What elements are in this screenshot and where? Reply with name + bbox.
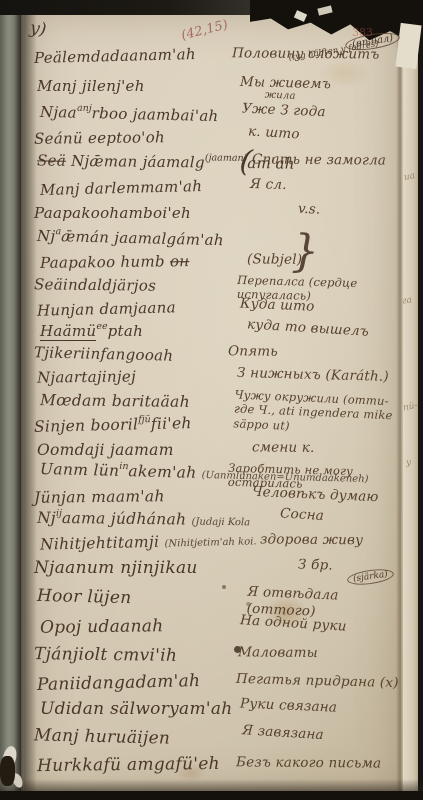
translation-text: Пегатья придрана (х) [236,671,399,691]
manuscript-row: Hunjan damjaana Куда што [0,299,423,318]
native-phrase: Udidan sälworyam'ah [40,699,233,719]
russian-translation: здорова живу [260,531,400,549]
native-text: ǣmán jaamalgám'ah [61,227,224,249]
native-text: ptah [108,322,143,340]
manuscript-row: Udidan sälworyam'ah Руки связана [0,699,423,719]
russian-translation: куда то вышелъ [247,316,401,342]
manuscript-row: Paniidangadam'ah Пегатья придрана (х) [0,673,423,693]
russian-translation: смени к. [252,439,400,457]
manuscript-row: Seäindaldjärjos Перепалса (сердце испуга… [0,275,423,294]
manuscript-row: Tjikeriinfangooah Опять [0,344,423,363]
translation-text: Маловаты [238,644,318,661]
manuscript-row: Njaartajinjej З нижныхъ (Karáth.) [0,367,423,386]
translation-text: Сосна [280,505,325,524]
native-phrase: Sinjen boorilfjüfii'eh [34,414,192,436]
native-text: Tjánjiolt cmvi'ih [34,644,177,666]
native-phrase: Hunjan damjaana [37,298,176,319]
translation-text: куда то вышелъ [247,316,370,339]
native-text: Manj darlemmam'ah [40,177,203,199]
russian-translation: к. што [248,123,401,149]
russian-translation: З бр. [298,557,400,577]
translation-text: Половину сложитъ [232,45,380,62]
native-phrase: Haämüeeptah [40,322,143,340]
translation-text: к. што [248,123,300,142]
russian-translation: Человѣкъ думаю [252,484,401,507]
manuscript-row: Mœdam baritaäah Чужу окружили (отти-где … [0,391,423,410]
manuscript-row: Njaanum njinjikau З бр. [0,558,423,578]
native-phrase: Jünjan maam'ah [34,487,165,507]
russian-translation: Безъ какого письма [236,754,400,772]
russian-translation: Сосна [280,505,401,529]
translation-text: Безъ какого письма [236,754,381,771]
native-phrase: Peälemdadaanam'ah [34,45,196,67]
manuscript-row: Hurkkafü amgafü'eh Безъ какого письма [0,755,423,775]
russian-translation: жилаУже З года [242,101,401,125]
native-text: Tjikeriinfangooah [34,343,174,364]
superscript-correction: in [119,461,128,472]
native-text: Seäindaldjärjos [34,275,156,294]
native-text: Paapakoohamboi'eh [34,204,191,222]
native-phrase: Manj huruäijen [34,725,171,748]
struck-text: Seä [37,151,66,169]
translation-text: (Subjel) [247,251,302,267]
native-phrase: Paniidangadam'ah [37,671,201,695]
native-phrase: Paapakoohamboi'eh [34,204,191,222]
native-text: Mœdam baritaäah [40,391,190,411]
entries-list: Peälemdadaanam'ah Половину сложитъ Manj … [0,0,423,800]
translation-text: v.s. [298,201,321,218]
native-text: Hoor lüjen [37,586,132,608]
russian-translation: Спать не замогла [252,151,400,169]
inline-note: (Nihitjetim'ah koi. [164,536,256,549]
translation-text: З нижныхъ (Karáth.) [237,365,389,385]
russian-translation: На одной руки [240,612,401,639]
superscript-correction: ee [96,321,107,332]
inline-note: (Judaji Kola [191,517,250,529]
native-text: fii'eh [151,414,192,433]
native-phrase: Manj jilenj'eh [37,77,145,95]
native-text: Manj huruäijen [34,725,171,748]
translation-text: Опять [228,343,278,359]
russian-translation: (Subjel) [247,251,400,269]
manuscript-row: Manj darlemmam'ah Я сл. [0,178,423,197]
russian-translation: Пегатья придрана (х) [236,671,400,692]
manuscript-row: Manj jilenj'eh Мы живемъ [0,76,423,95]
native-text: akem'ah [128,462,197,482]
native-text: Jünjan maam'ah [34,487,165,507]
native-phrase: Njaǣmán jaamalgám'ah [37,227,224,250]
manuscript-row: Paapakoohamboi'eh v.s. [0,203,423,222]
manuscript-row: Njaaanjrboo jaambai'ah жилаУже З года [0,104,423,123]
translation-text: здорова живу [260,531,363,548]
native-text: Sinjen booril [34,415,139,436]
native-text: Oomdaji jaamam [37,441,174,459]
native-text: Paniidangadam'ah [37,671,201,695]
russian-translation: З нижныхъ (Karáth.) [237,365,400,386]
manuscript-row: Uanm lüninakem'ah (Uanmlünaken=Unumdaake… [0,463,423,482]
superscript-correction: (jaaman) [205,152,248,164]
native-text: Seánü eeptoo'oh [34,128,165,148]
native-phrase: Nihitjehtitamji (Nihitjetim'ah koi. [40,530,257,553]
native-text: Njǣman jáamalg [66,152,205,172]
superscript-correction: ij [56,508,62,519]
translation-superscript: жила [264,90,295,104]
native-text: Paapakoo humb [40,252,170,272]
manuscript-row: Manj huruäijen Я завязана [0,727,423,747]
native-phrase: Opoj udaanah [40,616,164,638]
native-phrase: Tjikeriinfangooah [34,343,174,364]
native-text: aama júdhánah [62,509,187,529]
native-phrase: Njaanum njinjikau [34,558,198,578]
native-phrase: Hurkkafü amgafü'eh [37,754,220,776]
russian-translation: Маловаты [238,644,400,662]
translation-text: З бр. [298,557,333,574]
native-text: Nj [37,227,56,245]
native-text: rboo jaambai'ah [91,104,218,125]
native-text: Njaartajinjej [37,367,136,386]
manuscript-row: Njijaama júdhánah (Judaji Kola Сосна [0,509,423,528]
manuscript-row: Seä Njǣman jáamalg(jaaman)am'ah Спать не… [0,152,423,171]
native-text: Nj [37,509,56,527]
translation-text: Я завязана [242,722,325,743]
superscript-correction: fjü [138,414,151,425]
underlined-text: Haämü [40,322,96,341]
superscript-correction: anj [77,103,92,114]
russian-translation: v.s. [298,201,401,222]
translation-text: Уже З года [242,101,326,121]
manuscript-row: Oomdaji jaamam смени к. [0,440,423,459]
superscript-correction: a [55,226,61,237]
native-phrase: Mœdam baritaäah [40,391,190,411]
manuscript-row: Haämüeeptah куда то вышелъ [0,321,423,340]
native-phrase: Seäindaldjärjos [34,275,156,294]
native-phrase: Seánü eeptoo'oh [34,128,165,148]
manuscript-row: Sinjen boorilfjüfii'eh [0,415,423,434]
translation-text: Человѣкъ думаю [252,484,379,506]
translation-text: Я сл. [250,176,287,193]
manuscript-row: Tjánjiolt cmvi'ih Маловаты [0,645,423,665]
native-text: Manj jilenj'eh [37,77,145,95]
translation-text: смени к. [252,439,315,456]
manuscript-row: Opoj udaanah На одной руки [0,617,423,637]
native-phrase: Paapakoo humb он [40,252,190,272]
native-text: Nihitjehtitamji [40,533,165,554]
manuscript-row: Njaǣmán jaamalgám'ah [0,228,423,247]
native-phrase: Njijaama júdhánah (Judaji Kola [37,509,250,530]
manuscript-row: Seánü eeptoo'oh к. што [0,128,423,147]
russian-translation: Руки связана [240,696,401,720]
native-phrase: Manj darlemmam'ah [40,177,203,199]
native-phrase: Hoor lüjen [37,586,132,608]
native-phrase: Tjánjiolt cmvi'ih [34,644,177,666]
manuscript-row: Paapakoo humb он (Subjel) [0,252,423,271]
russian-translation: Опять [228,343,400,361]
native-text: Opoj udaanah [40,616,164,638]
russian-translation: Половину сложитъ [232,45,400,63]
native-phrase: Njaaanjrboo jaambai'ah [40,103,219,125]
native-text: Njaanum njinjikau [34,558,198,578]
native-phrase: Njaartajinjej [37,367,136,386]
translation-text: Спать не замогла [252,151,386,168]
native-text: Uanm lün [40,460,120,480]
native-phrase: Oomdaji jaamam [37,441,174,459]
translation-text: Руки связана [240,696,338,716]
native-text: Hunjan damjaana [37,298,176,319]
manuscript-photo: y) (42,15) (tvg hälften у fodres) (вѣнал… [0,0,423,800]
native-text: Njaa [40,103,77,122]
native-text: Hurkkafü amgafü'eh [37,754,220,776]
russian-translation: Я завязана [242,722,401,748]
struck-text: он [170,252,190,270]
manuscript-row: Jünjan maam'ah Человѣкъ думаю [0,487,423,506]
manuscript-row: Hoor lüjen Я отвѣдала (оттого) [0,587,423,607]
manuscript-row: Peälemdadaanam'ah Половину сложитъ [0,46,423,65]
manuscript-row: Nihitjehtitamji (Nihitjetim'ah koi. здор… [0,532,423,551]
russian-translation: Куда што [240,296,401,320]
russian-translation: Я сл. [250,176,400,197]
native-text: Peälemdadaanam'ah [34,45,196,67]
native-text: Udidan sälworyam'ah [40,699,233,719]
translation-text: Куда што [240,296,315,315]
